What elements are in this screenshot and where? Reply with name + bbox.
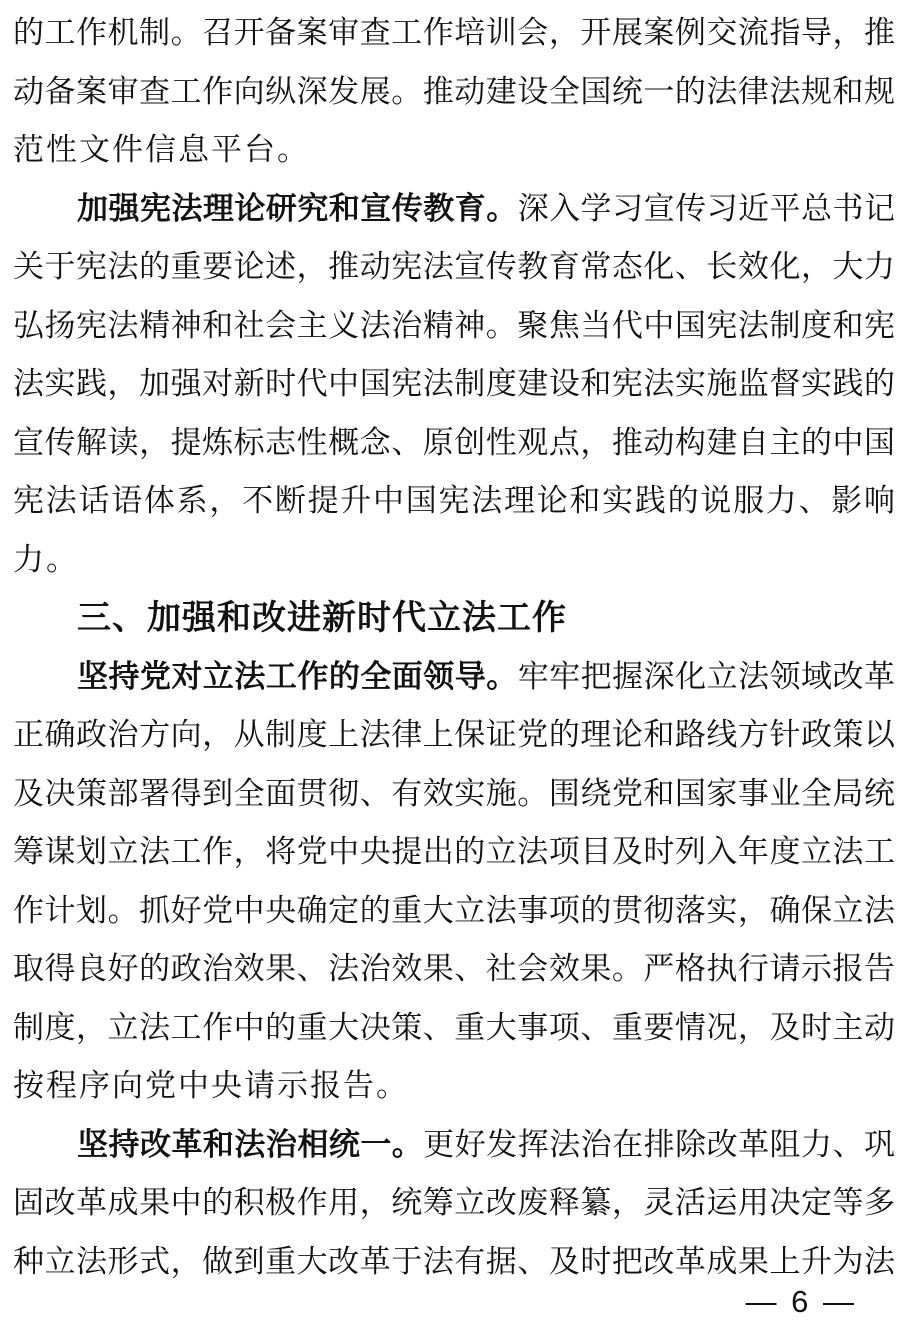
text-segment: 及决策部署得到全面贯彻、有效实施。围绕党和国家事业全局统 <box>13 776 895 811</box>
text-line: 加强宪法理论研究和宣传教育。深入学习宣传习近平总书记 <box>13 180 895 239</box>
section-heading: 三、加强和改进新时代立法工作 <box>13 589 895 648</box>
text-segment: 范性文件信息平台。 <box>13 132 310 167</box>
text-line: 固改革成果中的积极作用，统筹立改废释纂，灵活运用决定等多 <box>13 1174 895 1233</box>
text-line: 取得良好的政治效果、法治效果、社会效果。严格执行请示报告 <box>13 940 895 999</box>
text-segment: 更好发挥法治在排除改革阻力、巩 <box>423 1127 895 1162</box>
text-line: 坚持党对立法工作的全面领导。牢牢把握深化立法领域改革 <box>13 648 895 707</box>
text-segment: 作计划。抓好党中央确定的重大立法事项的贯彻落实，确保立法 <box>13 893 895 928</box>
document-page: 的工作机制。召开备案审查工作培训会，开展案例交流指导，推动备案审查工作向纵深发展… <box>0 0 912 1340</box>
text-line: 正确政治方向，从制度上法律上保证党的理论和路线方针政策以 <box>13 706 895 765</box>
text-segment: 的工作机制。召开备案审查工作培训会，开展案例交流指导，推 <box>13 15 895 50</box>
text-line: 按程序向党中央请示报告。 <box>13 1057 895 1116</box>
text-line: 作计划。抓好党中央确定的重大立法事项的贯彻落实，确保立法 <box>13 882 895 941</box>
text-line: 及决策部署得到全面贯彻、有效实施。围绕党和国家事业全局统 <box>13 765 895 824</box>
text-line: 法实践，加强对新时代中国宪法制度建设和宪法实施监督实践的 <box>13 355 895 414</box>
paragraph-lead: 坚持改革和法治相统一。 <box>77 1127 423 1162</box>
text-line: 制度，立法工作中的重大决策、重大事项、重要情况，及时主动 <box>13 999 895 1058</box>
text-line: 种立法形式，做到重大改革于法有据、及时把改革成果上升为法 <box>13 1233 895 1292</box>
text-line: 坚持改革和法治相统一。更好发挥法治在排除改革阻力、巩 <box>13 1116 895 1175</box>
text-segment: 按程序向党中央请示报告。 <box>13 1068 409 1103</box>
text-line: 的工作机制。召开备案审查工作培训会，开展案例交流指导，推 <box>13 4 895 63</box>
text-segment: 牢牢把握深化立法领域改革 <box>518 659 895 694</box>
text-segment: 深入学习宣传习近平总书记 <box>518 191 895 226</box>
text-segment: 弘扬宪法精神和社会主义法治精神。聚焦当代中国宪法制度和宪 <box>13 308 895 343</box>
text-line: 宣传解读，提炼标志性概念、原创性观点，推动构建自主的中国 <box>13 414 895 473</box>
document-body: 的工作机制。召开备案审查工作培训会，开展案例交流指导，推动备案审查工作向纵深发展… <box>13 4 895 1291</box>
text-segment: 取得良好的政治效果、法治效果、社会效果。严格执行请示报告 <box>13 951 895 986</box>
text-line: 动备案审查工作向纵深发展。推动建设全国统一的法律法规和规 <box>13 63 895 122</box>
text-line: 宪法话语体系，不断提升中国宪法理论和实践的说服力、影响 <box>13 472 895 531</box>
text-line: 力。 <box>13 531 895 590</box>
text-segment: 种立法形式，做到重大改革于法有据、及时把改革成果上升为法 <box>13 1244 895 1279</box>
paragraph-lead: 加强宪法理论研究和宣传教育。 <box>77 191 518 226</box>
text-segment: 宪法话语体系，不断提升中国宪法理论和实践的说服力、影响 <box>13 483 895 518</box>
text-line: 关于宪法的重要论述，推动宪法宣传教育常态化、长效化，大力 <box>13 238 895 297</box>
text-segment: 宣传解读，提炼标志性概念、原创性观点，推动构建自主的中国 <box>13 425 895 460</box>
text-line: 弘扬宪法精神和社会主义法治精神。聚焦当代中国宪法制度和宪 <box>13 297 895 356</box>
text-segment: 力。 <box>13 542 79 577</box>
text-segment: 固改革成果中的积极作用，统筹立改废释纂，灵活运用决定等多 <box>13 1185 895 1220</box>
paragraph-lead: 坚持党对立法工作的全面领导。 <box>77 659 518 694</box>
text-segment: 筹谋划立法工作，将党中央提出的立法项目及时列入年度立法工 <box>13 834 895 869</box>
page-number: — 6 — <box>746 1284 857 1320</box>
text-segment: 动备案审查工作向纵深发展。推动建设全国统一的法律法规和规 <box>13 74 895 109</box>
text-segment: 法实践，加强对新时代中国宪法制度建设和宪法实施监督实践的 <box>13 366 895 401</box>
text-segment: 正确政治方向，从制度上法律上保证党的理论和路线方针政策以 <box>13 717 895 752</box>
text-line: 筹谋划立法工作，将党中央提出的立法项目及时列入年度立法工 <box>13 823 895 882</box>
text-line: 范性文件信息平台。 <box>13 121 895 180</box>
text-segment: 关于宪法的重要论述，推动宪法宣传教育常态化、长效化，大力 <box>13 249 895 284</box>
text-segment: 制度，立法工作中的重大决策、重大事项、重要情况，及时主动 <box>13 1010 895 1045</box>
